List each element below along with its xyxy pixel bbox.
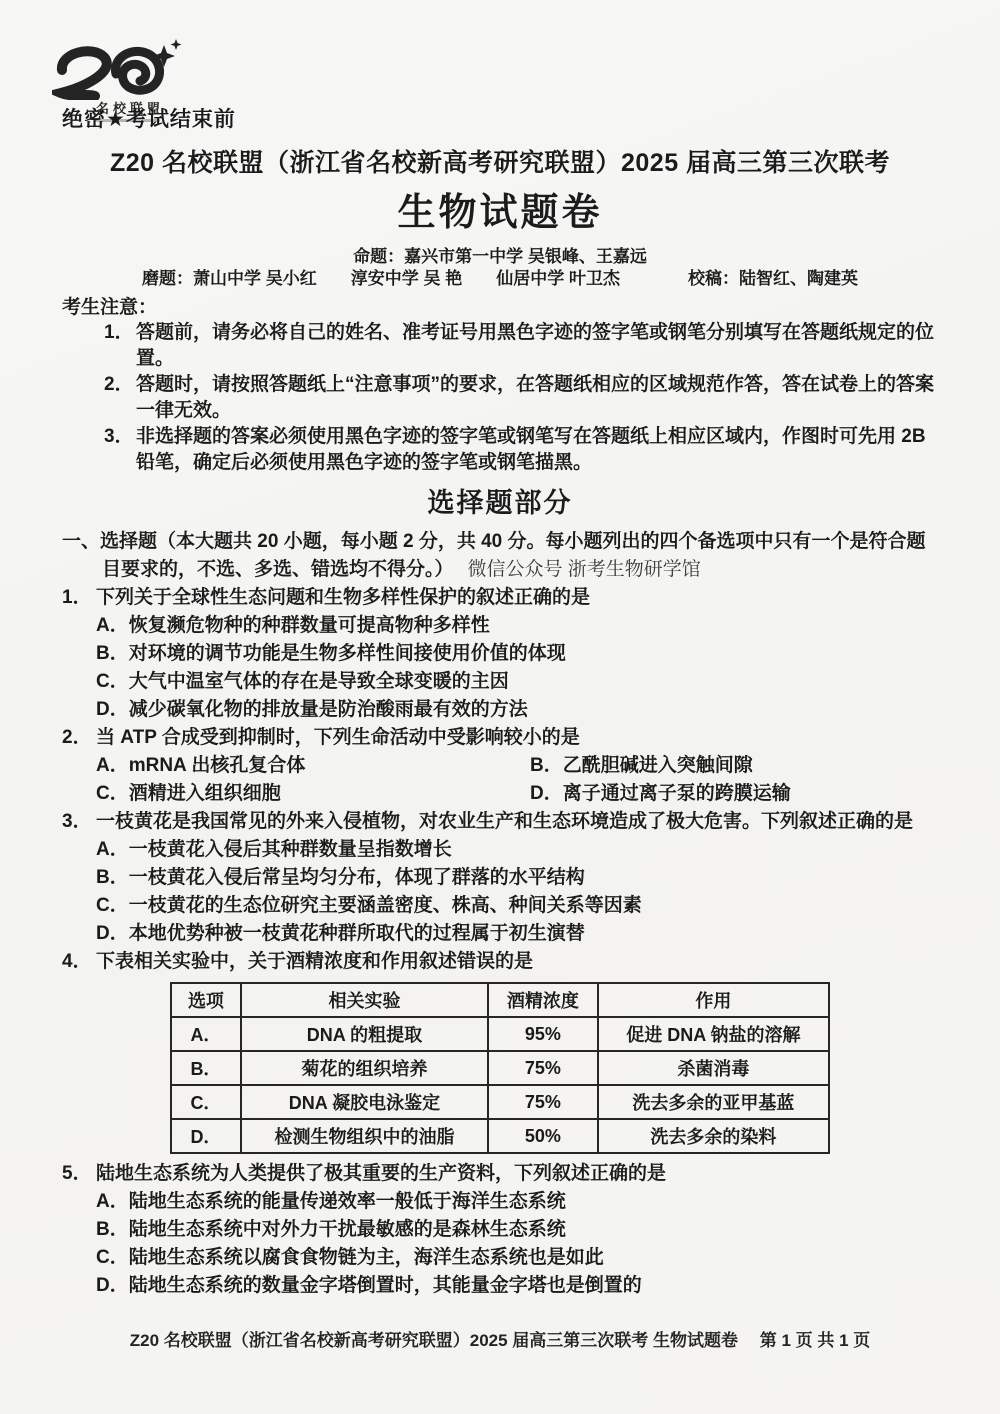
- option-d: D．本地优势种被一枝黄花种群所取代的过程属于初生演替: [96, 920, 938, 948]
- question-stem-row: 5． 陆地生态系统为人类提供了极其重要的生产资料，下列叙述正确的是: [62, 1160, 938, 1188]
- question-4: 4． 下表相关实验中，关于酒精浓度和作用叙述错误的是: [62, 948, 938, 976]
- table-cell-role: 杀菌消毒: [598, 1051, 829, 1085]
- question-stem: 当 ATP 合成受到抑制时，下列生命活动中受影响较小的是: [96, 724, 938, 752]
- exam-title: Z20 名校联盟（浙江省名校新高考研究联盟）2025 届高三第三次联考: [62, 148, 938, 178]
- table-cell-experiment: 检测生物组织中的油脂: [241, 1119, 488, 1153]
- table-cell-concentration: 50%: [488, 1119, 598, 1153]
- table-cell-concentration: 75%: [488, 1085, 598, 1119]
- question-number: 5．: [62, 1160, 96, 1188]
- table-cell-option: D．: [171, 1119, 241, 1153]
- question-stem-row: 1． 下列关于全球性生态问题和生物多样性保护的叙述正确的是: [62, 584, 938, 612]
- section-heading: 选择题部分: [62, 486, 938, 520]
- question-3: 3． 一枝黄花是我国常见的外来入侵植物，对农业生产和生态环境造成了极大危害。下列…: [62, 808, 938, 948]
- table-cell-experiment: DNA 的粗提取: [241, 1017, 488, 1051]
- question-options: A．一枝黄花入侵后其种群数量呈指数增长 B．一枝黄花入侵后常呈均匀分布，体现了群…: [62, 836, 938, 948]
- option-c: C．酒精进入组织细胞: [96, 780, 530, 808]
- notice-item: 2． 答题时，请按照答题纸上“注意事项”的要求，在答题纸相应的区域规范作答，答在…: [104, 372, 938, 424]
- option-d: D．陆地生态系统的数量金字塔倒置时，其能量金字塔也是倒置的: [96, 1272, 938, 1300]
- table-cell-option: A．: [171, 1017, 241, 1051]
- notice-item-text: 答题时，请按照答题纸上“注意事项”的要求，在答题纸相应的区域规范作答，答在试卷上…: [136, 372, 938, 424]
- table-cell-concentration: 95%: [488, 1017, 598, 1051]
- polish-line: 磨题：萧山中学 吴小红 淳安中学 吴 艳 仙居中学 叶卫杰 校稿：陆智红、陶建英: [62, 268, 938, 290]
- table-cell-option: B．: [171, 1051, 241, 1085]
- question-number: 3．: [62, 808, 96, 836]
- notice-item-number: 2．: [104, 372, 136, 424]
- option-d: D．减少碳氧化物的排放量是防治酸雨最有效的方法: [96, 696, 938, 724]
- notice-title: 考生注意：: [62, 296, 938, 320]
- question-stem: 一枝黄花是我国常见的外来入侵植物，对农业生产和生态环境造成了极大危害。下列叙述正…: [96, 808, 938, 836]
- question-stem-row: 2． 当 ATP 合成受到抑制时，下列生命活动中受影响较小的是: [62, 724, 938, 752]
- paper-content: Z20 名校联盟（浙江省名校新高考研究联盟）2025 届高三第三次联考 生物试题…: [62, 148, 938, 1300]
- question-options: A．恢复濒危物种的种群数量可提高物种多样性 B．对环境的调节功能是生物多样性间接…: [62, 612, 938, 724]
- notice-item-number: 1．: [104, 320, 136, 372]
- option-b: B．陆地生态系统中对外力干扰最敏感的是森林生态系统: [96, 1216, 938, 1244]
- question-2: 2． 当 ATP 合成受到抑制时，下列生命活动中受影响较小的是 A．mRNA 出…: [62, 724, 938, 808]
- question-stem: 下列关于全球性生态问题和生物多样性保护的叙述正确的是: [96, 584, 938, 612]
- table-row: D． 检测生物组织中的油脂 50% 洗去多余的染料: [171, 1119, 829, 1153]
- option-b: B．乙酰胆碱进入突触间隙: [530, 752, 938, 780]
- experiment-table: 选项 相关实验 酒精浓度 作用 A． DNA 的粗提取 95% 促进 DNA 钠…: [170, 982, 830, 1154]
- table-cell-experiment: 菊花的组织培养: [241, 1051, 488, 1085]
- question-number: 1．: [62, 584, 96, 612]
- question-number: 4．: [62, 948, 96, 976]
- notice-item-text: 非选择题的答案必须使用黑色字迹的签字笔或钢笔写在答题纸上相应区域内，作图时可先用…: [136, 424, 938, 476]
- paper-title: 生物试题卷: [62, 190, 938, 236]
- notice-item-text: 答题前，请务必将自己的姓名、准考证号用黑色字迹的签字笔或钢笔分别填写在答题纸规定…: [136, 320, 938, 372]
- question-options: A．mRNA 出核孔复合体 B．乙酰胆碱进入突触间隙 C．酒精进入组织细胞 D．…: [62, 752, 938, 808]
- option-b: B．一枝黄花入侵后常呈均匀分布，体现了群落的水平结构: [96, 864, 938, 892]
- question-options: A．陆地生态系统的能量传递效率一般低于海洋生态系统 B．陆地生态系统中对外力干扰…: [62, 1188, 938, 1300]
- option-a: A．一枝黄花入侵后其种群数量呈指数增长: [96, 836, 938, 864]
- wechat-watermark: 微信公众号 浙考生物研学馆: [468, 559, 701, 580]
- option-a: A．恢复濒危物种的种群数量可提高物种多样性: [96, 612, 938, 640]
- question-1: 1． 下列关于全球性生态问题和生物多样性保护的叙述正确的是 A．恢复濒危物种的种…: [62, 584, 938, 724]
- setter-line: 命题：嘉兴市第一中学 吴银峰、王嘉远: [62, 246, 938, 268]
- table-header-concentration: 酒精浓度: [488, 983, 598, 1017]
- table-cell-option: C．: [171, 1085, 241, 1119]
- question-stem-row: 4． 下表相关实验中，关于酒精浓度和作用叙述错误的是: [62, 948, 938, 976]
- table-row: A． DNA 的粗提取 95% 促进 DNA 钠盐的溶解: [171, 1017, 829, 1051]
- table-row: B． 菊花的组织培养 75% 杀菌消毒: [171, 1051, 829, 1085]
- notice-item: 3． 非选择题的答案必须使用黑色字迹的签字笔或钢笔写在答题纸上相应区域内，作图时…: [104, 424, 938, 476]
- z20-swirl-logo-icon: [52, 38, 184, 100]
- security-label: 绝密★考试结束前: [62, 103, 236, 133]
- option-c: C．大气中温室气体的存在是导致全球变暖的主因: [96, 668, 938, 696]
- option-b: B．对环境的调节功能是生物多样性间接使用价值的体现: [96, 640, 938, 668]
- table-row: C． DNA 凝胶电泳鉴定 75% 洗去多余的亚甲基蓝: [171, 1085, 829, 1119]
- exam-paper-page: 名校联盟 绝密★考试结束前 Z20 名校联盟（浙江省名校新高考研究联盟）2025…: [0, 0, 1000, 1414]
- option-c: C．陆地生态系统以腐食食物链为主，海洋生态系统也是如此: [96, 1244, 938, 1272]
- option-a: A．陆地生态系统的能量传递效率一般低于海洋生态系统: [96, 1188, 938, 1216]
- option-d: D．离子通过离子泵的跨膜运输: [530, 780, 938, 808]
- table-header-option: 选项: [171, 983, 241, 1017]
- question-stem: 下表相关实验中，关于酒精浓度和作用叙述错误的是: [96, 948, 938, 976]
- page-footer: Z20 名校联盟（浙江省名校新高考研究联盟）2025 届高三第三次联考 生物试题…: [0, 1326, 1000, 1351]
- table-cell-role: 洗去多余的染料: [598, 1119, 829, 1153]
- notice-item: 1． 答题前，请务必将自己的姓名、准考证号用黑色字迹的签字笔或钢笔分别填写在答题…: [104, 320, 938, 372]
- table-cell-experiment: DNA 凝胶电泳鉴定: [241, 1085, 488, 1119]
- table-cell-concentration: 75%: [488, 1051, 598, 1085]
- question-stem: 陆地生态系统为人类提供了极其重要的生产资料，下列叙述正确的是: [96, 1160, 938, 1188]
- question-stem-row: 3． 一枝黄花是我国常见的外来入侵植物，对农业生产和生态环境造成了极大危害。下列…: [62, 808, 938, 836]
- table-header-role: 作用: [598, 983, 829, 1017]
- table-header-experiment: 相关实验: [241, 983, 488, 1017]
- table-cell-role: 洗去多余的亚甲基蓝: [598, 1085, 829, 1119]
- option-a: A．mRNA 出核孔复合体: [96, 752, 530, 780]
- notice-list: 1． 答题前，请务必将自己的姓名、准考证号用黑色字迹的签字笔或钢笔分别填写在答题…: [104, 320, 938, 476]
- table-cell-role: 促进 DNA 钠盐的溶解: [598, 1017, 829, 1051]
- table-header-row: 选项 相关实验 酒精浓度 作用: [171, 983, 829, 1017]
- question-number: 2．: [62, 724, 96, 752]
- section-intro: 一、选择题（本大题共 20 小题，每小题 2 分，共 40 分。每小题列出的四个…: [62, 528, 938, 584]
- option-c: C．一枝黄花的生态位研究主要涵盖密度、株高、种间关系等因素: [96, 892, 938, 920]
- sparkle-star-small-icon: [171, 39, 182, 50]
- question-5: 5． 陆地生态系统为人类提供了极其重要的生产资料，下列叙述正确的是 A．陆地生态…: [62, 1160, 938, 1300]
- notice-item-number: 3．: [104, 424, 136, 476]
